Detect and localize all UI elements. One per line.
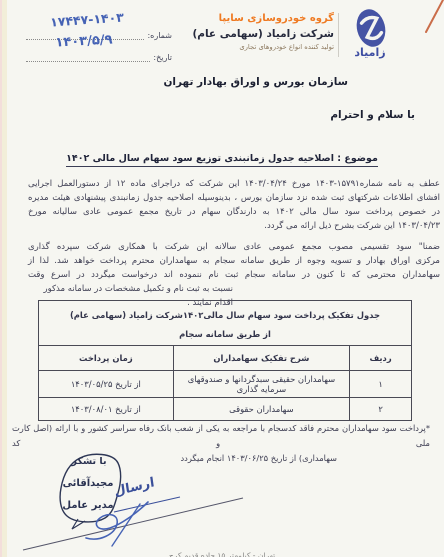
- corner-diagonal-line: [418, 0, 444, 34]
- table-row: ۲ سهامداران حقوقی از تاریخ ۱۴۰۳/۰۸/۰۱: [39, 398, 412, 421]
- subject-wrap: موضوع : اصلاحیه جدول زمانبندی توزیع سود …: [0, 146, 444, 167]
- brand-group-name: گروه خودروسازی سایپا: [192, 13, 334, 26]
- brand-tagline: تولید کننده انواع خودروهای تجاری: [192, 43, 334, 51]
- footnote-line: *پرداخت سود سهامداران محترم فاقد کدسجام …: [12, 421, 430, 451]
- cell-row-number: ۱: [350, 371, 412, 398]
- letter-date-label: تاریخ:: [153, 53, 174, 62]
- footer-address-partial: تهران - کیلومتر ۱۵ جاده قدیم کرج: [0, 551, 444, 557]
- brand-company-name: شرکت زامیاد (سهامی عام): [192, 28, 334, 41]
- stamp-signer-title: مدیر عامل: [50, 500, 126, 511]
- paragraph-line: در خصوص پرداخت سود سال مالی ۱۴۰۲ به دارن…: [28, 205, 440, 219]
- recipient-line: سازمان بورس و اوراق بهادار تهران: [163, 76, 348, 88]
- paragraph-line: عطف به نامه شماره۱۵۷۹۱-۱۴۰۳ مورخ ۱۴۰۳/۰۴…: [28, 177, 440, 191]
- body-paragraph-1: عطف به نامه شماره۱۵۷۹۱-۱۴۰۳ مورخ ۱۴۰۳/۰۴…: [28, 177, 440, 233]
- paragraph-line: ۱۴۰۳/۰۴/۲۳ این شرکت بشرح ذیل ارائه می گر…: [28, 219, 440, 233]
- cell-payment-time: از تاریخ ۱۴۰۳/۰۸/۰۱: [39, 398, 174, 421]
- zamyad-logo-icon: [352, 7, 390, 51]
- dividend-schedule-table: جدول تفکیک پرداخت سود سهام سال مالی۱۴۰۲ش…: [38, 300, 412, 421]
- cell-row-number: ۲: [350, 398, 412, 421]
- logo-wordmark: زامیاد: [344, 46, 396, 59]
- header-row-number: ردیف: [350, 346, 412, 371]
- table-row: ۱ سهامداران حقیقی سبدگردانها و صندوقهای …: [39, 371, 412, 398]
- salutation-line: با سلام و احترام: [330, 109, 415, 121]
- cell-shareholder-type: سهامداران حقوقی: [173, 398, 349, 421]
- table-title-row: جدول تفکیک پرداخت سود سهام سال مالی۱۴۰۲ش…: [39, 301, 412, 346]
- table-title: جدول تفکیک پرداخت سود سهام سال مالی۱۴۰۲ش…: [42, 310, 408, 320]
- header-payment-time: زمان پرداخت: [39, 346, 174, 371]
- cell-shareholder-type: سهامداران حقیقی سبدگردانها و صندوقهای سر…: [173, 371, 349, 398]
- letterhead-brand-block: گروه خودروسازی سایپا شرکت زامیاد (سهامی …: [192, 13, 334, 51]
- signature-stamp-area: با تشکر مجیدآقائی مدیر عامل ارسال: [20, 450, 248, 557]
- paragraph-line: ضمنا" سود تقسیمی مصوب مجمع عمومی عادی سا…: [28, 240, 440, 254]
- table-subtitle: از طریق سامانه سجام: [42, 329, 408, 339]
- table-header-row: ردیف شرح تفکیک سهامداران زمان پرداخت: [39, 346, 412, 371]
- paragraph-line: سهامداران محترمی که تا کنون در سامانه سج…: [28, 268, 440, 282]
- stamp-thanks: با تشکر: [60, 456, 118, 467]
- paragraph-line: مرکزی اوراق بهادار و تسویه وجوه از طریق …: [28, 254, 440, 268]
- header-shareholder-type: شرح تفکیک سهامداران: [173, 346, 349, 371]
- letter-number-label: شماره:: [147, 31, 174, 40]
- cell-payment-time: از تاریخ ۱۴۰۳/۰۵/۲۵: [39, 371, 174, 398]
- subject-line: موضوع : اصلاحیه جدول زمانبندی توزیع سود …: [66, 153, 378, 167]
- paragraph-line: افشای اطلاعات شرکتهای ثبت شده نزد سازمان…: [28, 191, 440, 205]
- scanned-letter-page: { "letterhead": { "logo_name": "زامیاد",…: [0, 0, 444, 557]
- letterhead-divider: [338, 13, 339, 57]
- scan-edge-cream-strip: [2, 0, 7, 557]
